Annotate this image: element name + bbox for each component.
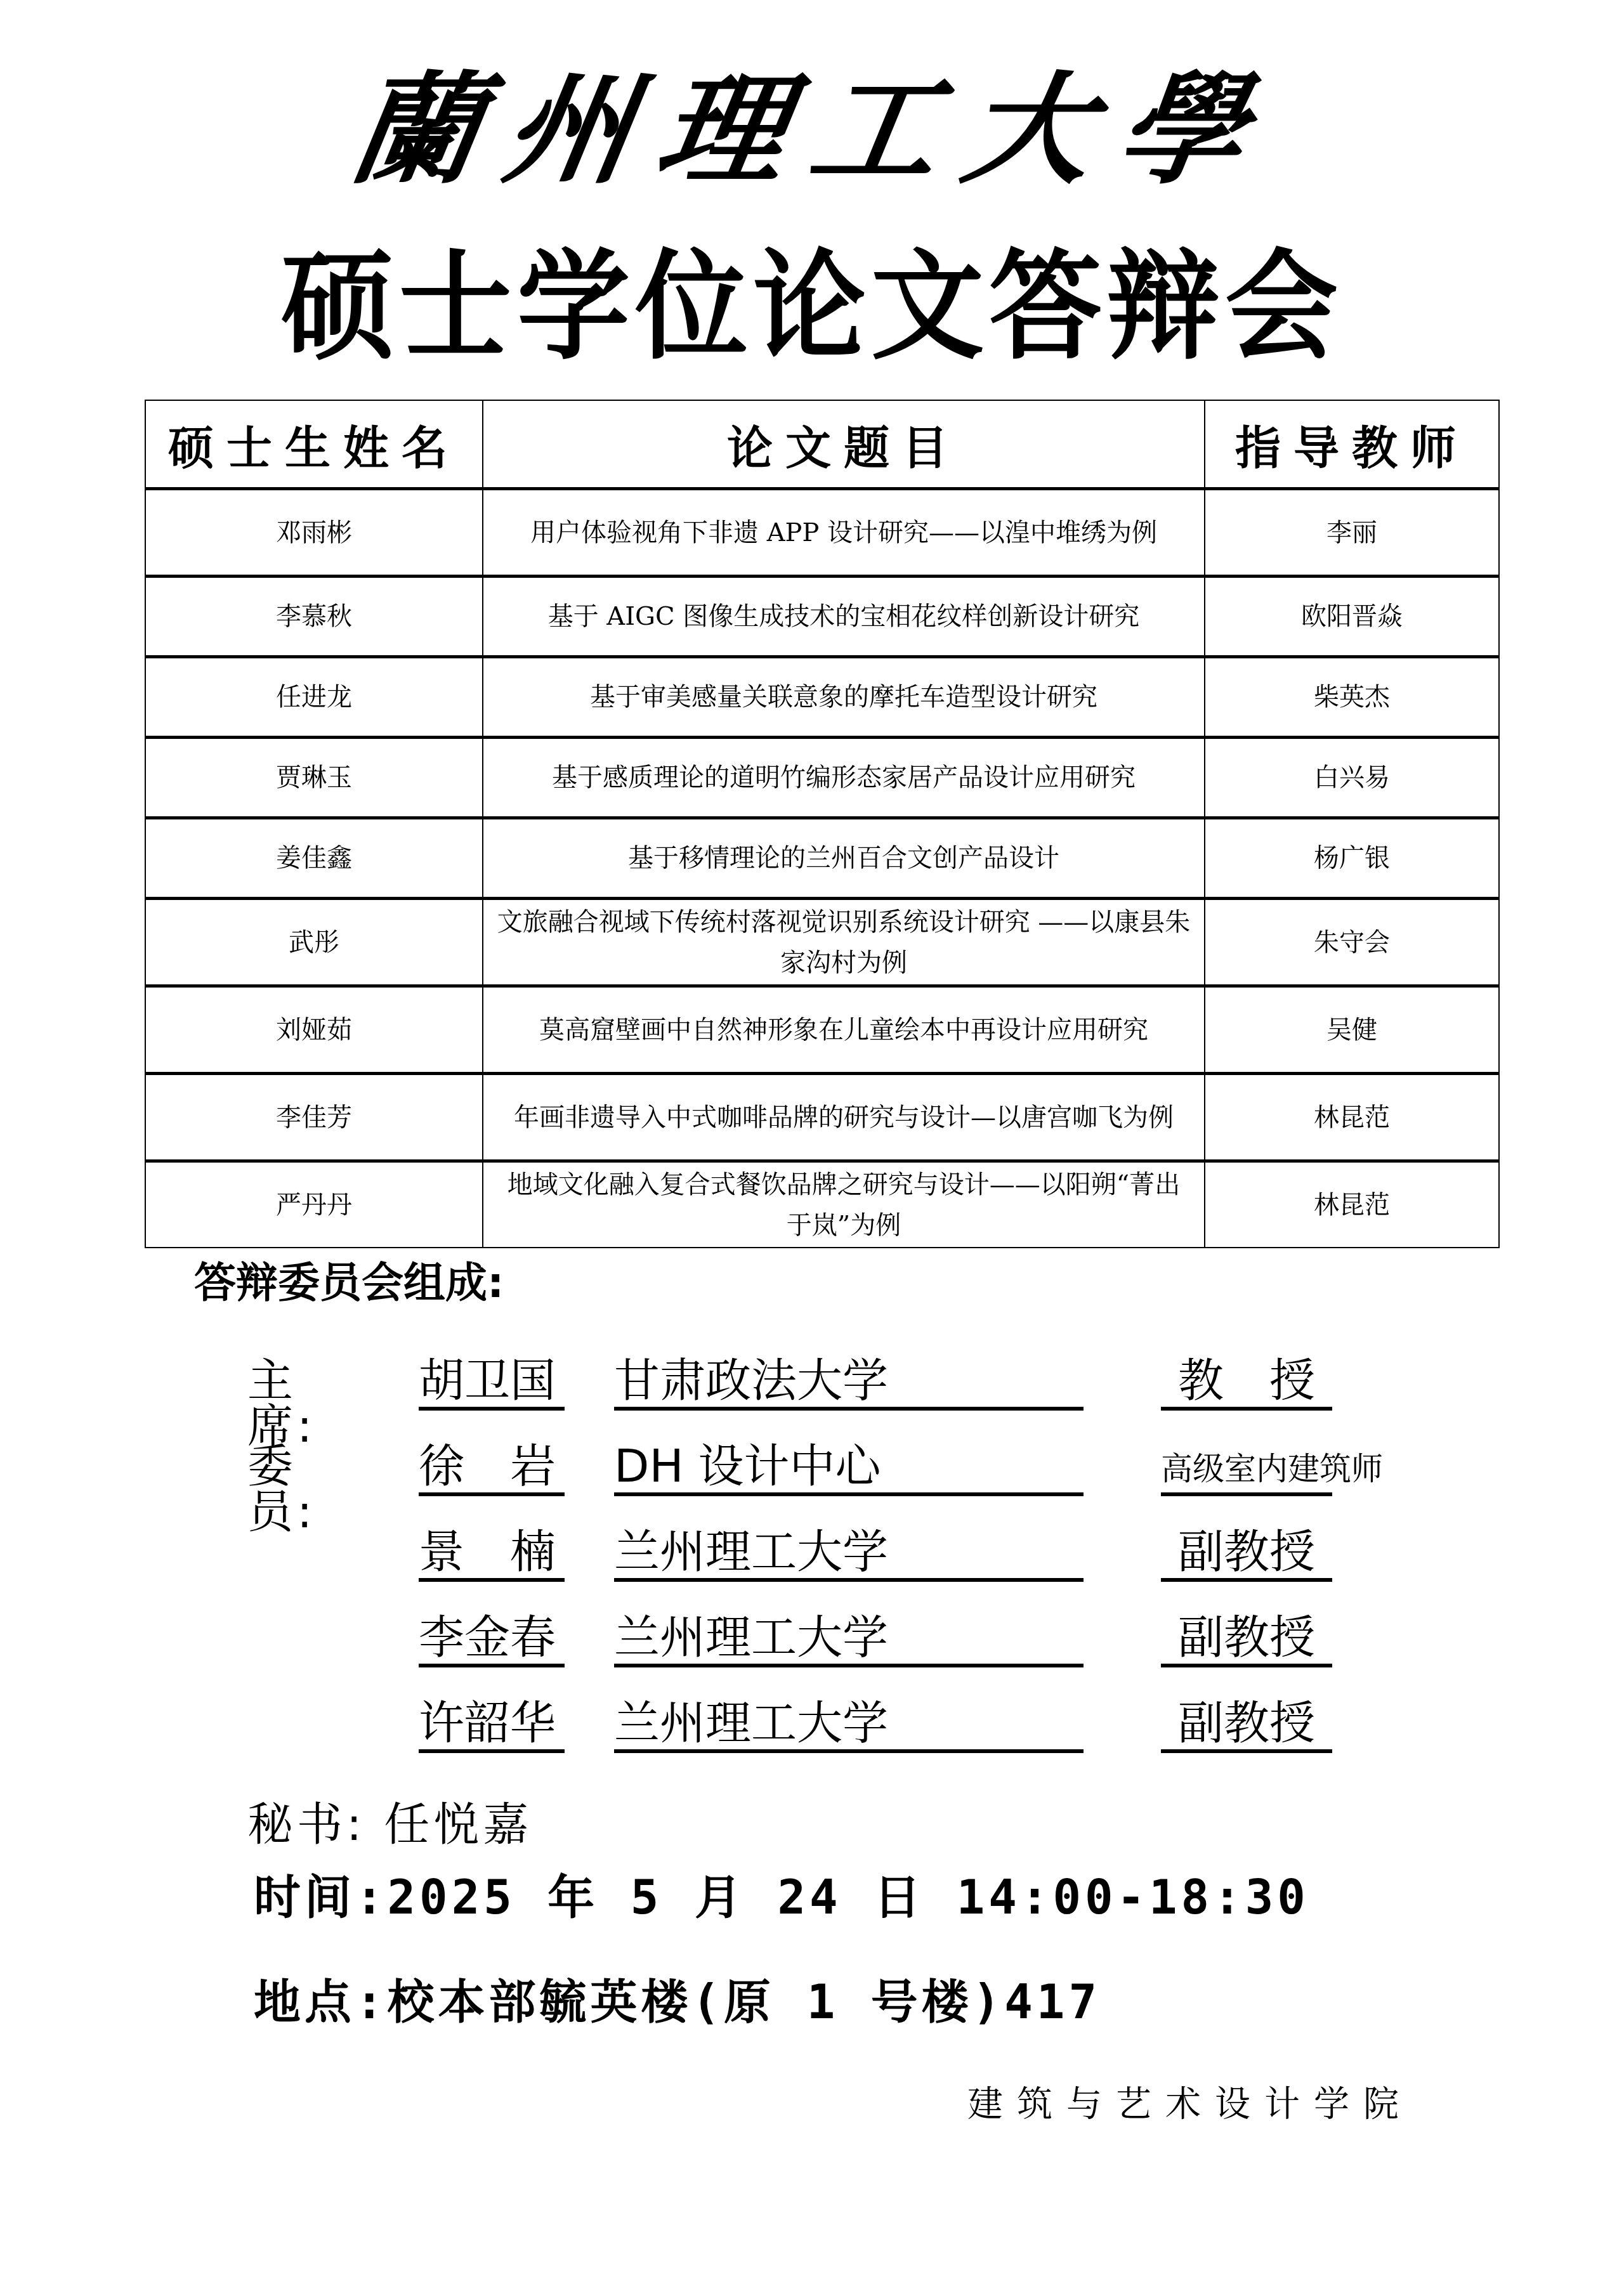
- committee-member-org: DH 设计中心: [614, 1443, 1084, 1496]
- table-row: 贾琳玉 基于感质理论的道明竹编形态家居产品设计应用研究 白兴易: [145, 738, 1499, 818]
- table-header-row: 硕士生姓名 论文题目 指导教师: [145, 400, 1499, 489]
- committee-member-org: 兰州理工大学: [614, 1614, 1084, 1667]
- thesis-topic: 基于移情理论的兰州百合文创产品设计: [483, 818, 1205, 899]
- committee-member-rank: 副教授: [1161, 1700, 1332, 1753]
- student-name: 李慕秋: [145, 577, 483, 657]
- table-row: 武彤 文旅融合视域下传统村落视觉识别系统设计研究 ——以康县朱家沟村为例 朱守会: [145, 899, 1499, 986]
- committee-member-name: 李金春: [419, 1614, 565, 1667]
- advisor-name: 杨广银: [1205, 818, 1499, 899]
- table-row: 邓雨彬 用户体验视角下非遗 APP 设计研究——以湟中堆绣为例 李丽: [145, 489, 1499, 577]
- thesis-topic: 基于感质理论的道明竹编形态家居产品设计应用研究: [483, 738, 1205, 818]
- advisor-name: 欧阳晋焱: [1205, 577, 1499, 657]
- thesis-topic: 基于 AIGC 图像生成技术的宝相花纹样创新设计研究: [483, 577, 1205, 657]
- thesis-topic: 年画非遗导入中式咖啡品牌的研究与设计—以唐宫咖飞为例: [483, 1074, 1205, 1161]
- thesis-topic: 用户体验视角下非遗 APP 设计研究——以湟中堆绣为例: [483, 489, 1205, 577]
- student-name: 严丹丹: [145, 1161, 483, 1248]
- committee-role: 委员:: [247, 1443, 316, 1534]
- committee-role: 主席:: [247, 1357, 316, 1449]
- thesis-topic: 基于审美感量关联意象的摩托车造型设计研究: [483, 657, 1205, 738]
- advisor-name: 柴英杰: [1205, 657, 1499, 738]
- advisor-name: 朱守会: [1205, 899, 1499, 986]
- defense-schedule-table: 硕士生姓名 论文题目 指导教师 邓雨彬 用户体验视角下非遗 APP 设计研究——…: [145, 400, 1500, 1248]
- student-name: 任进龙: [145, 657, 483, 738]
- committee-member-org: 兰州理工大学: [614, 1700, 1084, 1753]
- committee-secretary: 秘书: 任悦嘉: [247, 1801, 532, 1847]
- advisor-name: 白兴易: [1205, 738, 1499, 818]
- university-calligraphy-logo: 蘭州理工大學: [0, 70, 1624, 190]
- table-row: 严丹丹 地域文化融入复合式餐饮品牌之研究与设计——以阳朔“菁出于岚”为例 林昆范: [145, 1161, 1499, 1248]
- column-header-advisor: 指导教师: [1205, 400, 1499, 489]
- event-place: 地点:校本部毓英楼(原 1 号楼)417: [254, 1979, 1101, 2026]
- committee-member-org: 甘肃政法大学: [614, 1357, 1084, 1411]
- page-title: 硕士学位论文答辩会: [0, 248, 1624, 367]
- committee-member-rank: 副教授: [1161, 1529, 1332, 1582]
- thesis-topic: 文旅融合视域下传统村落视觉识别系统设计研究 ——以康县朱家沟村为例: [483, 899, 1205, 986]
- school-name-footer: 建筑与艺术设计学院: [967, 2087, 1413, 2122]
- table-row: 姜佳鑫 基于移情理论的兰州百合文创产品设计 杨广银: [145, 818, 1499, 899]
- column-header-topic: 论文题目: [483, 400, 1205, 489]
- student-name: 李佳芳: [145, 1074, 483, 1161]
- committee-member-org: 兰州理工大学: [614, 1529, 1084, 1582]
- student-name: 刘娅茹: [145, 986, 483, 1074]
- committee-member-name: 景 楠: [419, 1529, 565, 1582]
- committee-member-name: 胡卫国: [419, 1357, 565, 1411]
- student-name: 武彤: [145, 899, 483, 986]
- advisor-name: 吴健: [1205, 986, 1499, 1074]
- student-name: 姜佳鑫: [145, 818, 483, 899]
- table-row: 任进龙 基于审美感量关联意象的摩托车造型设计研究 柴英杰: [145, 657, 1499, 738]
- committee-member-rank: 高级室内建筑师: [1161, 1453, 1332, 1496]
- column-header-student: 硕士生姓名: [145, 400, 483, 489]
- committee-heading: 答辩委员会组成:: [194, 1262, 504, 1304]
- table-row: 李佳芳 年画非遗导入中式咖啡品牌的研究与设计—以唐宫咖飞为例 林昆范: [145, 1074, 1499, 1161]
- committee-member-name: 徐 岩: [419, 1443, 565, 1496]
- table-row: 刘娅茹 莫高窟壁画中自然神形象在儿童绘本中再设计应用研究 吴健: [145, 986, 1499, 1074]
- committee-member-rank: 教 授: [1161, 1357, 1332, 1411]
- advisor-name: 林昆范: [1205, 1074, 1499, 1161]
- thesis-topic: 莫高窟壁画中自然神形象在儿童绘本中再设计应用研究: [483, 986, 1205, 1074]
- student-name: 贾琳玉: [145, 738, 483, 818]
- student-name: 邓雨彬: [145, 489, 483, 577]
- committee-member-name: 许韶华: [419, 1700, 565, 1753]
- advisor-name: 林昆范: [1205, 1161, 1499, 1248]
- event-time: 时间:2025 年 5 月 24 日 14:00-18:30: [254, 1874, 1309, 1921]
- committee-member-rank: 副教授: [1161, 1614, 1332, 1667]
- advisor-name: 李丽: [1205, 489, 1499, 577]
- table-row: 李慕秋 基于 AIGC 图像生成技术的宝相花纹样创新设计研究 欧阳晋焱: [145, 577, 1499, 657]
- thesis-topic: 地域文化融入复合式餐饮品牌之研究与设计——以阳朔“菁出于岚”为例: [483, 1161, 1205, 1248]
